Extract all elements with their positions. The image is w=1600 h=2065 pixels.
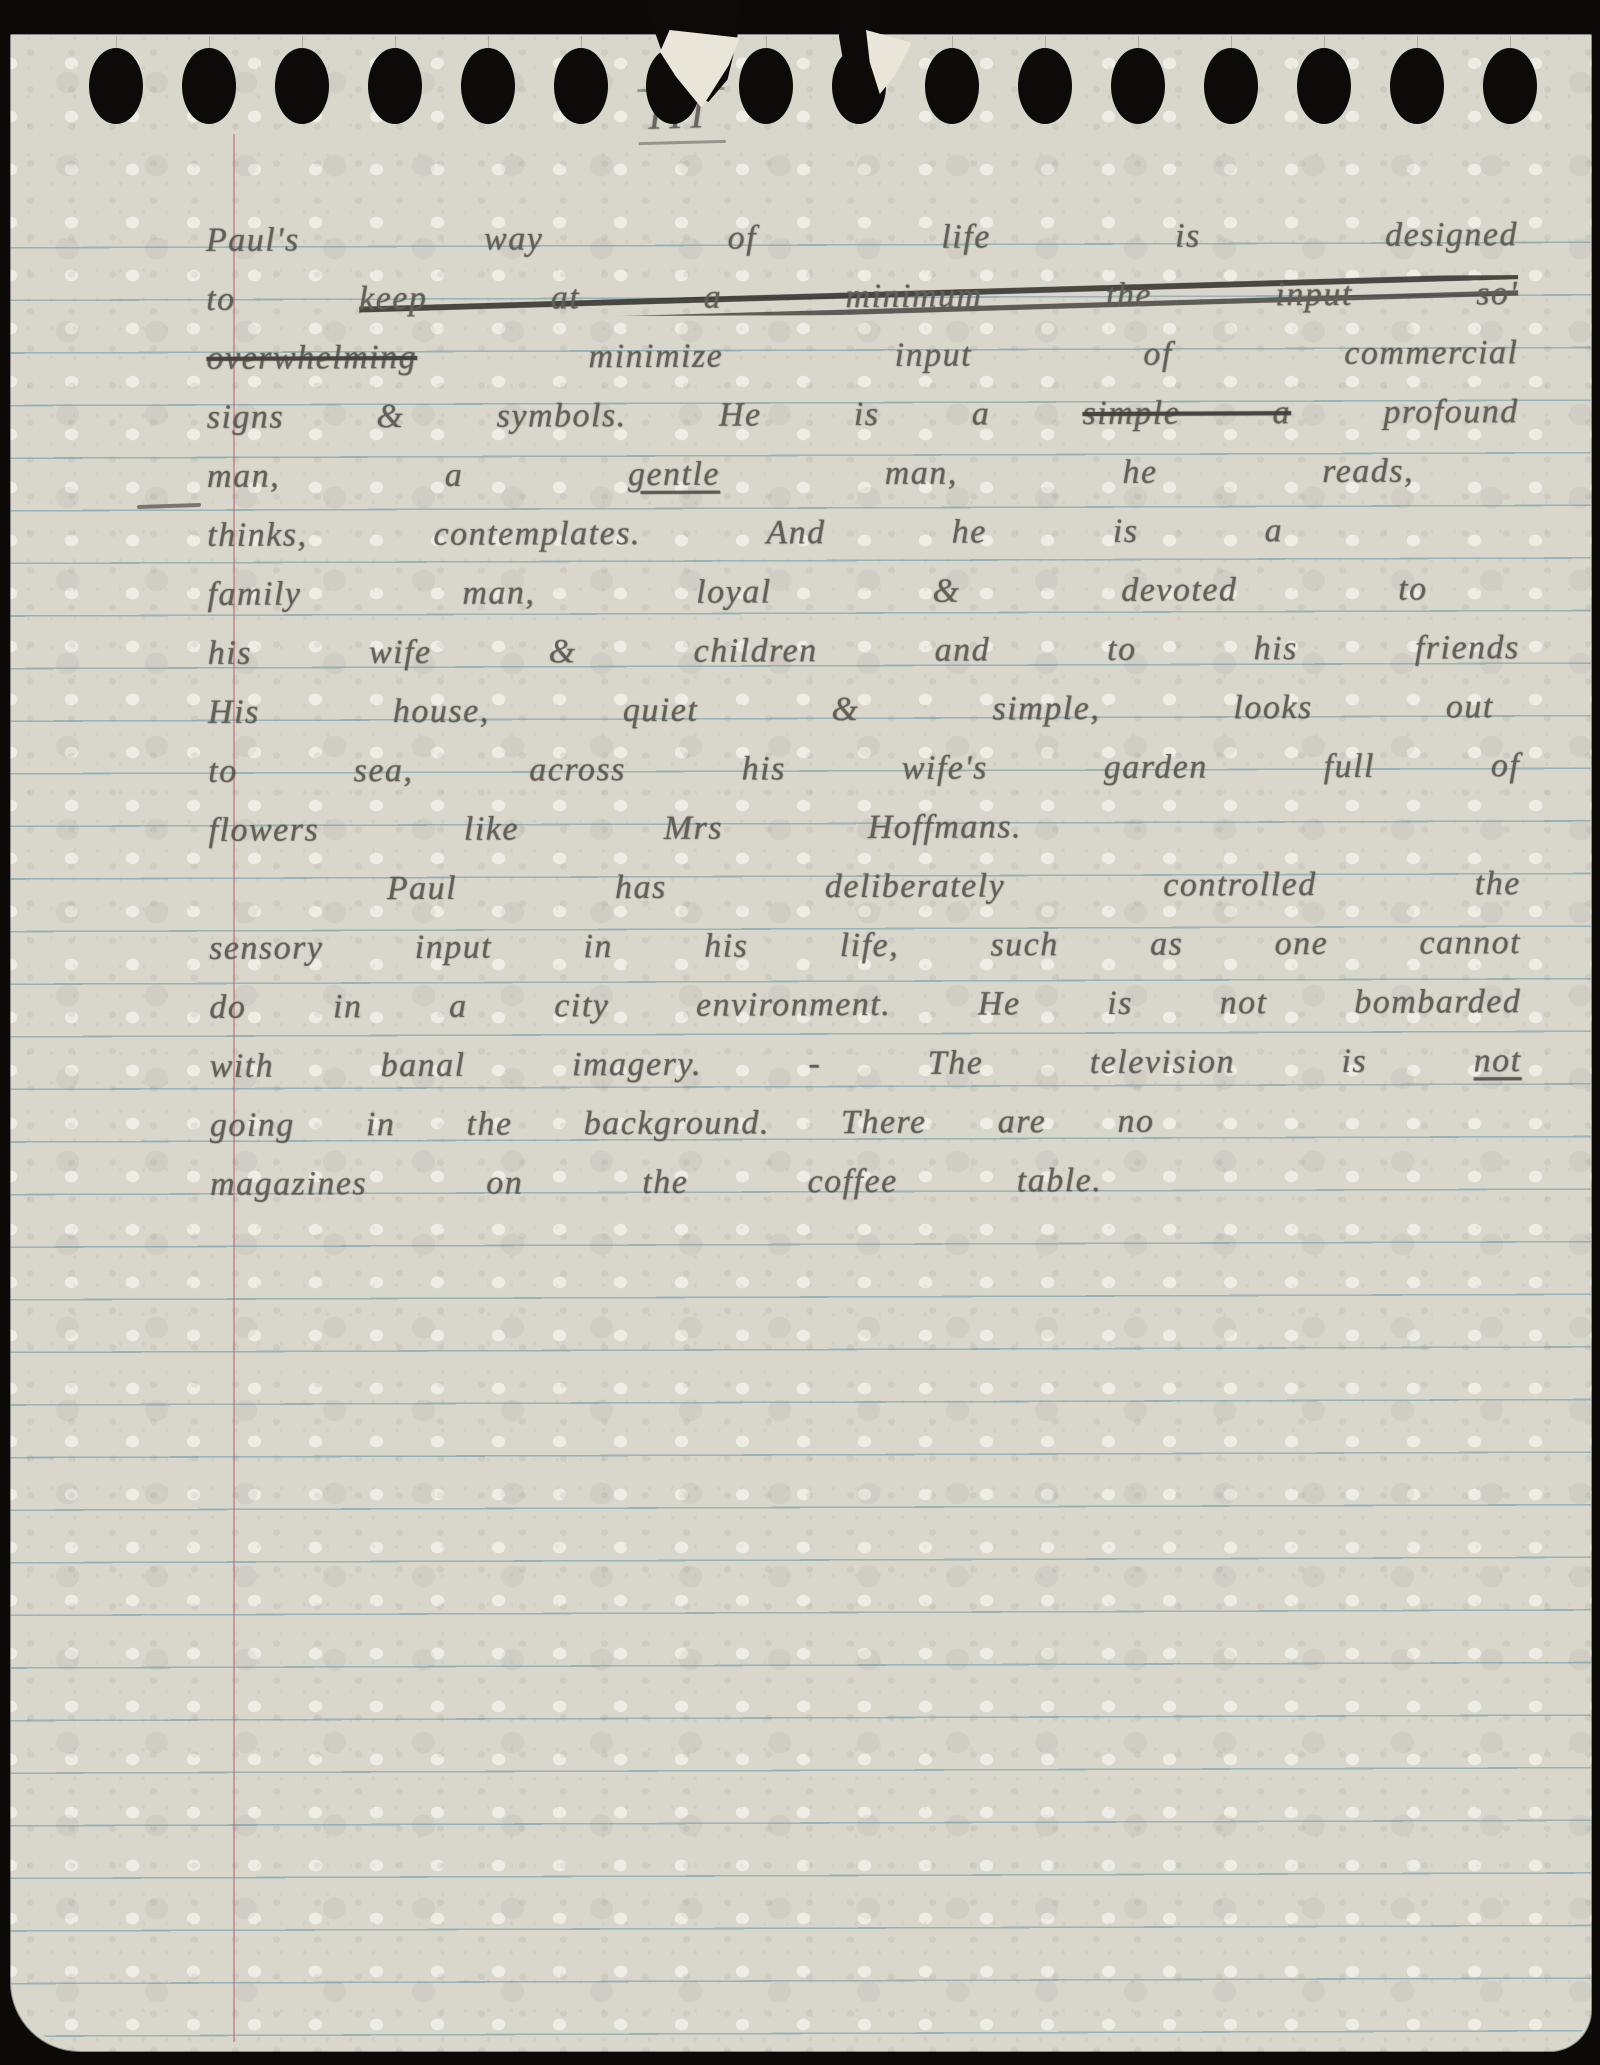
text-segment: man, a bbox=[207, 456, 628, 495]
struck-text-segment: simple a bbox=[1082, 394, 1291, 432]
punch-hole bbox=[1390, 48, 1444, 124]
punch-hole bbox=[1483, 48, 1537, 124]
handwritten-line: sensory input in his life, such as one c… bbox=[209, 915, 1521, 980]
handwriting-block: Paul's way of life is designedto keep at… bbox=[206, 207, 1522, 1216]
handwritten-line: His house, quiet & simple, looks out bbox=[208, 679, 1494, 744]
handwritten-line: to keep at a minimum the input so' bbox=[206, 266, 1518, 331]
text-segment: His house, quiet & simple, looks out bbox=[208, 688, 1494, 731]
punch-hole bbox=[739, 48, 793, 124]
text-segment: sensory input in his life, such as one c… bbox=[209, 924, 1521, 967]
text-segment: magazines on the coffee table. bbox=[210, 1162, 1102, 1203]
punch-hole bbox=[182, 48, 236, 124]
text-segment: to bbox=[206, 280, 359, 318]
notebook-paper: III Paul's way of life is designedto kee… bbox=[10, 34, 1592, 2052]
text-segment: profound bbox=[1291, 393, 1519, 431]
punch-hole bbox=[925, 48, 979, 124]
handwritten-line: with banal imagery. - The television is … bbox=[209, 1033, 1521, 1098]
handwritten-line: man, a gentle man, he reads, bbox=[207, 444, 1414, 508]
handwritten-line: family man, loyal & devoted to bbox=[207, 562, 1427, 626]
text-segment: do in a city environment. He is not bomb… bbox=[209, 983, 1521, 1026]
handwritten-line: flowers like Mrs Hoffmans. bbox=[208, 799, 1022, 862]
text-segment: flowers like Mrs Hoffmans. bbox=[208, 808, 1022, 849]
text-segment: Paul's way of life is designed bbox=[206, 216, 1518, 259]
punch-hole bbox=[1297, 48, 1351, 124]
text-segment: his wife & children and to his friends bbox=[208, 629, 1520, 672]
handwritten-line: do in a city environment. He is not bomb… bbox=[209, 974, 1521, 1039]
underline-text-segment: gentle bbox=[628, 456, 720, 493]
punch-hole bbox=[368, 48, 422, 124]
text-segment: with banal imagery. - The television is bbox=[209, 1042, 1473, 1085]
handwritten-line: Paul has deliberately controlled the bbox=[209, 856, 1521, 921]
punch-hole bbox=[554, 48, 608, 124]
text-segment: family man, loyal & devoted to bbox=[207, 571, 1427, 613]
text-segment: to sea, across his wife's garden full of bbox=[208, 747, 1520, 790]
handwritten-line: thinks, contemplates. And he is a bbox=[207, 503, 1283, 567]
text-segment: signs & symbols. He is a bbox=[207, 395, 1083, 436]
text-segment: Paul has deliberately controlled the bbox=[387, 865, 1521, 907]
handwritten-line: Paul's way of life is designed bbox=[206, 207, 1518, 272]
handwritten-line: his wife & children and to his friends bbox=[208, 620, 1520, 685]
struck-text-segment: overwhelming bbox=[206, 339, 417, 377]
punch-hole bbox=[1018, 48, 1072, 124]
punch-hole bbox=[1204, 48, 1258, 124]
struck-heavy-text-segment: keep at a minimum the input so' bbox=[359, 275, 1518, 317]
text-segment: thinks, contemplates. And he is a bbox=[207, 512, 1283, 554]
punch-hole bbox=[461, 48, 515, 124]
text-segment: man, he reads, bbox=[720, 453, 1414, 493]
handwritten-line: to sea, across his wife's garden full of bbox=[208, 738, 1520, 803]
underline-text-segment: not bbox=[1473, 1042, 1521, 1079]
handwritten-line: overwhelming minimize input of commercia… bbox=[206, 325, 1518, 390]
scanned-notebook-page: III Paul's way of life is designedto kee… bbox=[0, 0, 1600, 2065]
handwritten-line: signs & symbols. He is a simple a profou… bbox=[207, 384, 1519, 449]
punch-hole bbox=[275, 48, 329, 124]
punch-hole bbox=[1111, 48, 1165, 124]
punch-hole bbox=[89, 48, 143, 124]
handwritten-line: going in the background. There are no bbox=[210, 1094, 1155, 1157]
handwritten-line: magazines on the coffee table. bbox=[210, 1153, 1102, 1216]
text-segment: minimize input of commercial bbox=[417, 334, 1519, 376]
text-segment: going in the background. There are no bbox=[210, 1103, 1155, 1144]
